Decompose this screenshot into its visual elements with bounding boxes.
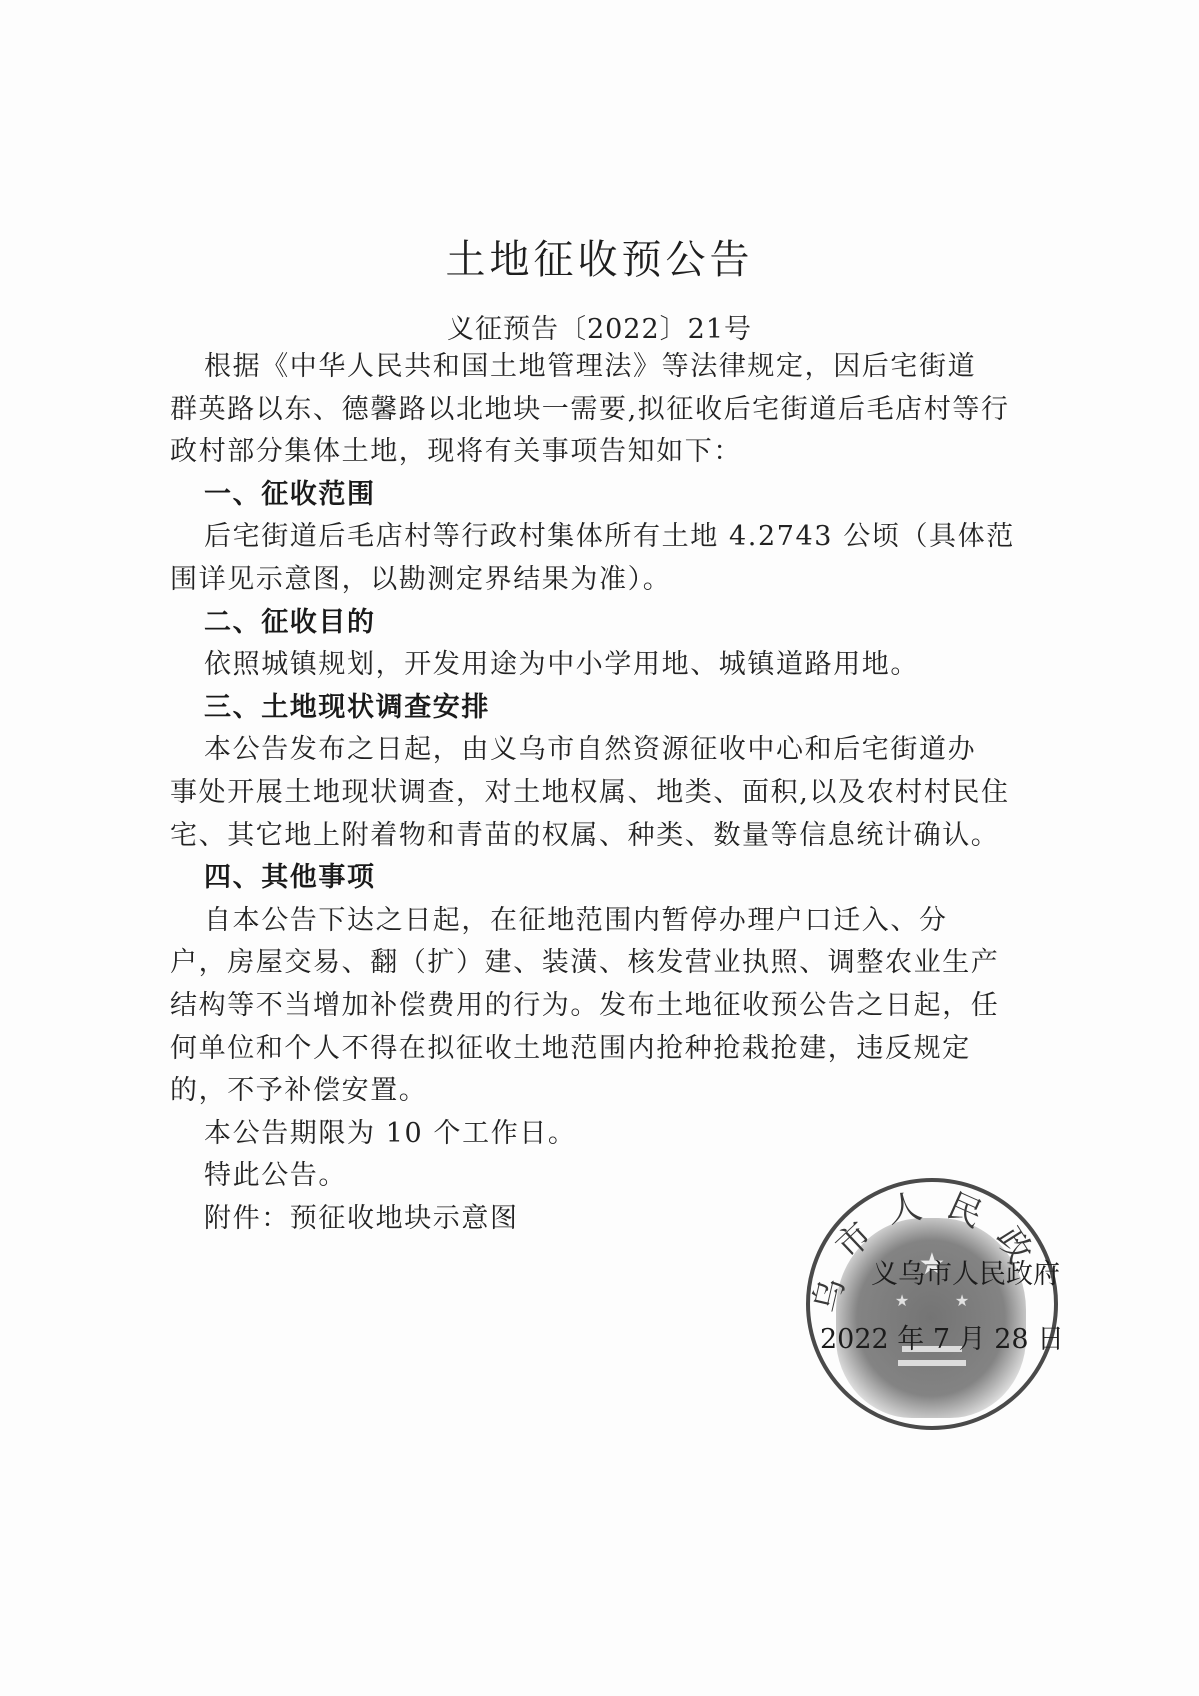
section-line: 何单位和个人不得在拟征收土地范围内抢种抢栽抢建，违反规定 bbox=[170, 1028, 1070, 1071]
document-title: 土地征收预公告 bbox=[0, 228, 1199, 285]
section-heading-purpose: 二、征收目的 bbox=[170, 602, 1070, 645]
section-line: 宅、其它地上附着物和青苗的权属、种类、数量等信息统计确认。 bbox=[170, 815, 1070, 858]
section-heading-other: 四、其他事项 bbox=[170, 857, 1070, 900]
section-heading-scope: 一、征收范围 bbox=[170, 474, 1070, 517]
issuer-signature: 义乌市人民政府 bbox=[820, 1252, 1060, 1291]
section-line: 围详见示意图，以勘测定界结果为准）。 bbox=[170, 559, 1070, 602]
document-body: 根据《中华人民共和国土地管理法》等法律规定，因后宅街道 群英路以东、德馨路以北地… bbox=[170, 346, 1070, 1240]
section-line: 的，不予补偿安置。 bbox=[170, 1070, 1070, 1113]
section-line: 结构等不当增加补偿费用的行为。发布土地征收预公告之日起，任 bbox=[170, 985, 1070, 1028]
section-line: 后宅街道后毛店村等行政村集体所有土地 4.2743 公顷（具体范 bbox=[170, 516, 1070, 559]
section-heading-survey: 三、土地现状调查安排 bbox=[170, 687, 1070, 730]
section-line: 自本公告下达之日起，在征地范围内暂停办理户口迁入、分 bbox=[170, 900, 1070, 943]
issue-date: 2022 年 7 月 28 日 bbox=[820, 1317, 1060, 1356]
section-line: 本公告发布之日起，由义乌市自然资源征收中心和后宅街道办 bbox=[170, 729, 1070, 772]
section-line: 依照城镇规划，开发用途为中小学用地、城镇道路用地。 bbox=[170, 644, 1070, 687]
section-line: 事处开展土地现状调查，对土地权属、地类、面积,以及农村村民住 bbox=[170, 772, 1070, 815]
seal-ring-text-icon: 乌市人民政 ★ ★ ★ bbox=[806, 1178, 1058, 1430]
svg-text:★: ★ bbox=[955, 1291, 969, 1310]
intro-line: 根据《中华人民共和国土地管理法》等法律规定，因后宅街道 bbox=[170, 346, 1070, 389]
closing-period: 本公告期限为 10 个工作日。 bbox=[170, 1113, 1070, 1156]
document-number: 义征预告〔2022〕21号 bbox=[0, 307, 1199, 346]
intro-line: 政村部分集体土地，现将有关事项告知如下： bbox=[170, 431, 1070, 474]
document-page: 土地征收预公告 义征预告〔2022〕21号 根据《中华人民共和国土地管理法》等法… bbox=[0, 0, 1199, 1696]
section-line: 户，房屋交易、翻（扩）建、装潢、核发营业执照、调整农业生产 bbox=[170, 942, 1070, 985]
svg-text:★: ★ bbox=[895, 1291, 909, 1310]
intro-line: 群英路以东、德馨路以北地块一需要,拟征收后宅街道后毛店村等行 bbox=[170, 389, 1070, 432]
